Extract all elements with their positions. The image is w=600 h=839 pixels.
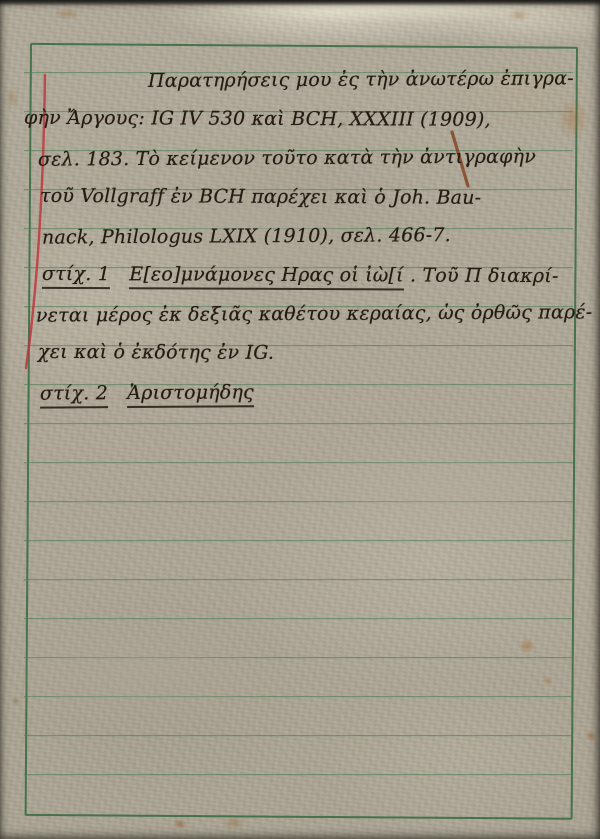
top-edge-shadow: [0, 0, 600, 6]
note-line-segment: φὴν Ἄργους: IG IV 530 καὶ BCH, XXXIII (1…: [24, 107, 491, 131]
note-line: nack, Philologus LXIX (1910), σελ. 466-7…: [22, 215, 578, 257]
note-line: στίχ. 2 Ἀριστομήδης: [22, 371, 578, 413]
note-line-segment: Παρατηρήσεις μου ἐς τὴν ἀνωτέρω ἐπιγρα-: [148, 67, 574, 92]
note-line-segment-underlined: Ε[εο]μνάμονες Ηρας οἱ ἰὼ[ί: [129, 263, 404, 290]
handwritten-text: Παρατηρήσεις μου ἐς τὴν ἀνωτέρω ἐπιγρα- …: [22, 61, 578, 412]
note-line-segment: χει καὶ ὁ ἐκδότης ἐν IG.: [38, 341, 274, 364]
note-line-segment-underlined: στίχ. 2: [40, 382, 108, 408]
scanned-note-page: Παρατηρήσεις μου ἐς τὴν ἀνωτέρω ἐπιγρα- …: [0, 0, 600, 839]
note-line-segment: σελ. 183. Τὸ κείμενον τοῦτο κατὰ τὴν ἀντ…: [38, 146, 536, 171]
note-line-segment-underlined: Ἀριστομήδης: [127, 381, 254, 408]
note-line-segment: nack, Philologus LXIX (1910), σελ. 466-7…: [42, 224, 451, 248]
note-line-segment-underlined: στίχ. 1: [42, 263, 110, 289]
note-line: φὴν Ἄργους: IG IV 530 καὶ BCH, XXXIII (1…: [22, 99, 578, 140]
note-line: νεται μέρος ἐκ δεξιᾶς καθέτου κεραίας, ὡ…: [22, 293, 578, 335]
note-line-segment: τοῦ Vollgraff ἐν BCH παρέχει καὶ ὁ Joh. …: [40, 185, 481, 209]
note-line: στίχ. 1 Ε[εο]μνάμονες Ηρας οἱ ἰὼ[ί . Τοῦ…: [22, 255, 578, 296]
note-line: χει καὶ ὁ ἐκδότης ἐν IG.: [22, 333, 578, 374]
note-line-segment: νεται μέρος ἐκ δεξιᾶς καθέτου κεραίας, ὡ…: [36, 301, 593, 326]
note-line: τοῦ Vollgraff ἐν BCH παρέχει καὶ ὁ Joh. …: [22, 177, 578, 218]
note-line: Παρατηρήσεις μου ἐς τὴν ἀνωτέρω ἐπιγρα-: [22, 59, 578, 101]
note-line: σελ. 183. Τὸ κείμενον τοῦτο κατὰ τὴν ἀντ…: [22, 137, 578, 179]
torn-edge-highlight: [140, 2, 600, 32]
note-line-segment: . Τοῦ Π διακρί-: [410, 264, 559, 287]
